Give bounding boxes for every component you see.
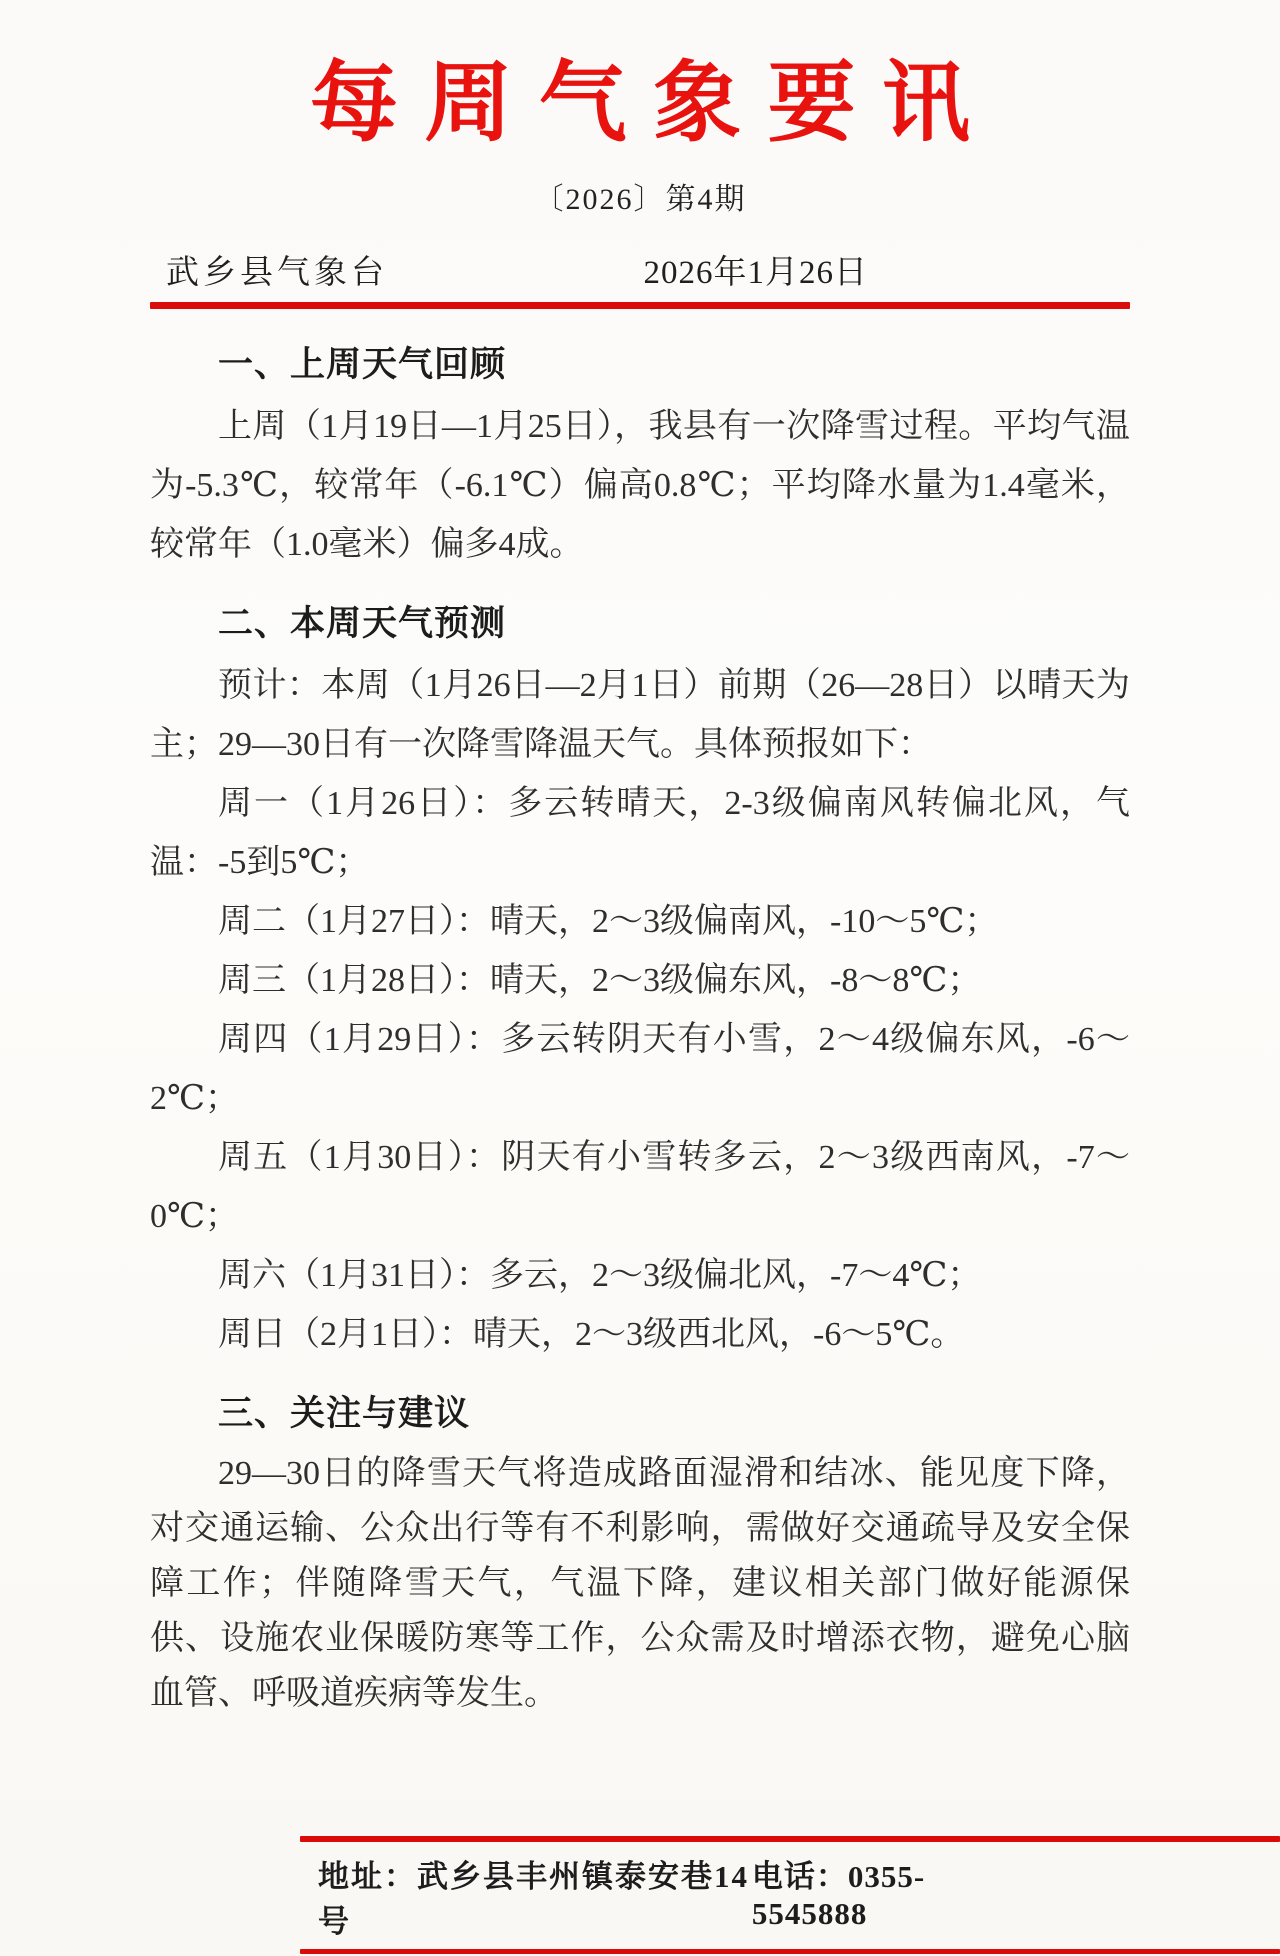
paragraph: 上周（1月19日—1月25日），我县有一次降雪过程。平均气温为-5.3℃，较常年… [150,397,1130,574]
masthead-row: 武乡县气象台 2026年1月26日 [150,246,1130,293]
section-heading: 三、关注与建议 [150,1388,1130,1440]
footer-divider-bottom [300,1949,1280,1954]
weather-bulletin-page: 每周气象要讯 〔2026〕第4期 武乡县气象台 2026年1月26日 一、上周天… [150,50,1130,1721]
page-title: 每周气象要讯 [150,50,1130,160]
paragraph: 周三（1月28日）：晴天，2～3级偏东风，-8～8℃； [150,951,1130,1010]
paragraph: 预计：本周（1月26日—2月1日）前期（26—28日）以晴天为主；29—30日有… [150,656,1130,774]
address-label: 地址： [318,1859,417,1894]
paragraph: 周二（1月27日）：晴天，2～3级偏南风，-10～5℃； [150,892,1130,951]
paragraph: 周六（1月31日）：多云，2～3级偏北风，-7～4℃； [150,1246,1130,1305]
header-divider [150,302,1130,309]
paragraph: 周四（1月29日）：多云转阴天有小雪，2～4级偏东风，-6～2℃； [150,1010,1130,1128]
paragraph: 周五（1月30日）：阴天有小雪转多云，2～3级西南风，-7～0℃； [150,1128,1130,1246]
document-body: 一、上周天气回顾上周（1月19日—1月25日），我县有一次降雪过程。平均气温为-… [150,339,1130,1721]
agency-name: 武乡县气象台 [150,246,388,293]
section-2: 二、本周天气预测预计：本周（1月26日—2月1日）前期（26—28日）以晴天为主… [150,598,1130,1364]
phone-label: 电话： [752,1859,848,1894]
issue-date: 2026年1月26日 [644,246,869,293]
issue-number: 〔2026〕第4期 [150,174,1130,218]
section-1: 一、上周天气回顾上周（1月19日—1月25日），我县有一次降雪过程。平均气温为-… [150,339,1130,574]
section-3: 三、关注与建议29—30日的降雪天气将造成路面湿滑和结冰、能见度下降，对交通运输… [150,1388,1130,1721]
page-footer: 地址：武乡县丰州镇泰安巷14号 电话：0355-5545888 [300,1836,1280,1954]
paragraph: 29—30日的降雪天气将造成路面湿滑和结冰、能见度下降，对交通运输、公众出行等有… [150,1446,1130,1721]
address-line: 地址：武乡县丰州镇泰安巷14号 [300,1851,752,1941]
footer-row: 地址：武乡县丰州镇泰安巷14号 电话：0355-5545888 [300,1842,1280,1949]
paragraph: 周日（2月1日）：晴天，2～3级西北风，-6～5℃。 [150,1305,1130,1364]
section-heading: 二、本周天气预测 [150,598,1130,650]
paragraph: 周一（1月26日）：多云转晴天，2-3级偏南风转偏北风，气温：-5到5℃； [150,774,1130,892]
section-heading: 一、上周天气回顾 [150,339,1130,391]
phone-line: 电话：0355-5545888 [752,1851,1022,1932]
